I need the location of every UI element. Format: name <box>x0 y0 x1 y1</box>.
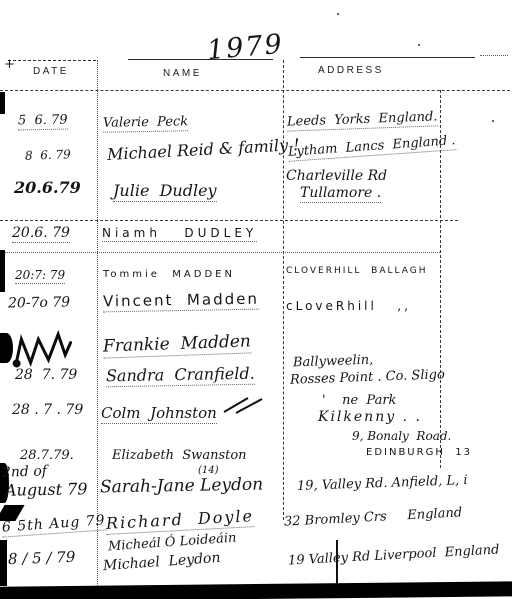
rule-line <box>300 57 475 58</box>
entry-8-date: 28 7. 79 <box>15 368 77 383</box>
entry-1-address: Leeds Yorks England. <box>287 110 438 131</box>
entry-1-date: 5 6. 79 <box>18 114 68 131</box>
entry-4-name: Niamh DUDLEY <box>102 227 257 242</box>
rule-line <box>480 55 508 56</box>
entry-10-name: Elizabeth Swanston <box>112 449 247 463</box>
entry-8-address: Ballyweelin, <box>293 354 374 370</box>
entry-13-name2: Michael Leydon <box>103 551 221 574</box>
ink-scribble-mark <box>12 330 76 371</box>
ink-speck <box>418 44 420 46</box>
entry-11-date2: August 79 <box>5 481 88 499</box>
entry-7-name: Frankie Madden <box>103 333 252 358</box>
entry-2-address: Lytham Lancs England . <box>288 134 456 161</box>
entry-4-date: 20.6. 79 <box>12 226 70 243</box>
rule-line <box>8 60 96 61</box>
entry-3-address: Charleville Rd <box>286 169 387 184</box>
entry-10-address: 9, Bonaly Road. <box>352 430 451 443</box>
entry-3-address2: Tullamore . <box>300 186 381 203</box>
date-column-divider <box>97 60 98 590</box>
name-column-divider <box>283 60 284 520</box>
column-header-address: ADDRESS <box>318 66 384 77</box>
entry-3-name: Julie Dudley <box>113 183 217 202</box>
scan-edge-artifact <box>0 333 13 363</box>
entry-11-name: Sarah-Jane Leydon <box>100 477 263 498</box>
pen-cross-mark: + <box>4 58 15 72</box>
column-header-name: NAME <box>163 69 202 80</box>
entry-6-address: cLoveRhill ,, <box>286 300 411 313</box>
entry-5-address: CLOVERHILL BALLAGH <box>286 267 427 276</box>
entry-11-date: 2nd of <box>2 464 47 480</box>
entry-11-address: 19, Valley Rd. Anfield, L, i <box>297 474 468 494</box>
entry-9-address: ' ne Park <box>322 394 396 408</box>
entry-12-address: 32 Bromley Crs England <box>284 506 463 529</box>
pen-flourish <box>222 396 266 414</box>
entry-8-address2: Rosses Point . Co. Sligo <box>290 368 445 387</box>
entry-8-name: Sandra Cranfield. <box>106 366 255 387</box>
entry-9-address2: Kilkenny . . <box>318 410 422 425</box>
ink-speck <box>492 120 494 122</box>
entry-1-name: Valerie Peck <box>103 115 188 132</box>
row-separator <box>0 220 458 221</box>
entry-5-date: 20:7: 79 <box>15 269 65 284</box>
scan-edge-artifact <box>0 540 7 586</box>
entry-6-name: Vincent Madden <box>103 292 259 312</box>
column-header-date: DATE <box>33 67 69 78</box>
entry-6-date: 20-7o 79 <box>8 295 70 311</box>
scan-bottom-bar <box>0 581 512 599</box>
entry-13-date: 8 / 5 / 79 <box>8 550 76 568</box>
rule-line <box>128 59 273 60</box>
guestbook-scan-page: 1979 DATE NAME ADDRESS + 5 6. 79 Valerie… <box>0 0 512 599</box>
entry-10-address2: EDINBURGH 13 <box>366 448 472 459</box>
scan-edge-artifact <box>0 250 5 292</box>
entry-2-date: 8 6. 79 <box>25 148 71 162</box>
scan-edge-artifact <box>0 92 5 114</box>
entry-9-name: Colm Johnston <box>101 406 217 424</box>
header-underline <box>0 90 510 91</box>
entry-13-address: 19 Valley Rd Liverpool England <box>288 543 500 568</box>
entry-9-date: 28 . 7 . 79 <box>12 403 83 418</box>
entry-10-date: 28.7.79. <box>20 449 74 463</box>
ink-speck <box>337 13 339 15</box>
entry-5-name: Tommie MADDEN <box>103 270 235 281</box>
entry-3-date: 20.6.79 <box>14 180 81 197</box>
row-separator <box>0 252 440 253</box>
year-heading: 1979 <box>206 29 285 67</box>
entry-2-name: Michael Reid & family ! <box>107 137 300 164</box>
